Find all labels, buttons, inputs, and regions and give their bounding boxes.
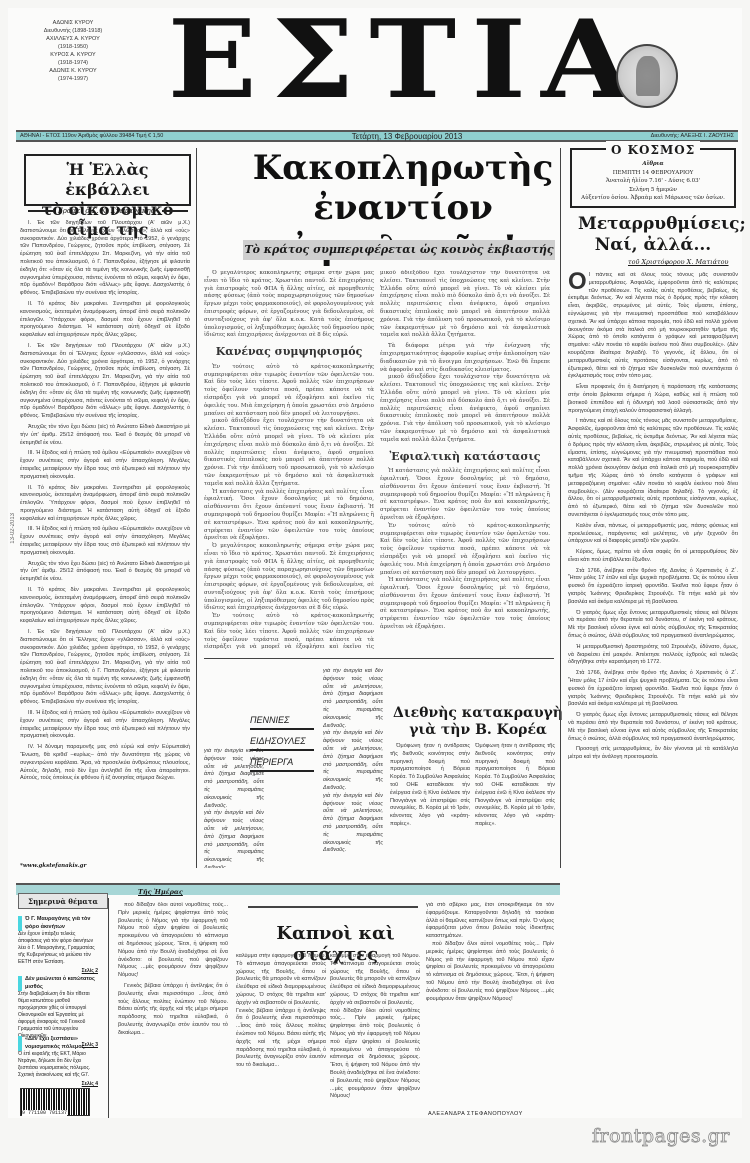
brief-page-ref[interactable]: Σελὶς 2 bbox=[18, 968, 98, 975]
date-stamp: 13-02-2013 bbox=[10, 513, 16, 544]
paragraph: Ι πάντες καὶ σὲ ὅλους τοὺς τόνους μᾶς συ… bbox=[568, 418, 738, 519]
moon-phase: Σελήνη 5 ἡμερῶν bbox=[572, 186, 734, 195]
founder-years: (1974-1997) bbox=[38, 76, 108, 84]
korea-headline[interactable]: Διεθνὴς κατακραυγὴ γιὰ τὴν Β. Κορέα bbox=[388, 705, 568, 739]
paragraph: Ὁ μεγαλύτερος κακοπληρωτὴς σήμερα στὴν χ… bbox=[204, 270, 374, 340]
main-subheadline: Τὸ κράτος συμπεριφέρεται ὡς κοινὸς ἐκβια… bbox=[243, 240, 555, 260]
headline-line: Κακοπληρωτὴς bbox=[238, 148, 568, 188]
kapnoi-col3: καλύμμα στὴν ἐφαρμογὴ τοῦ Νόμου. Τὸ κάπν… bbox=[330, 953, 420, 1118]
paragraph: ΟΙ πάντες καὶ σὲ ὅλους τοὺς τόνους μᾶς σ… bbox=[568, 272, 738, 381]
paragraph: Γενικὸς βέβαια ὑπάρχει ἡ ἀντίληψις ὅτι ὁ… bbox=[118, 983, 228, 1038]
paragraph: Ἀτυχῶς τὸν τόνο ἔχει δώσει (sic) τὸ Ἀνώτ… bbox=[20, 561, 190, 584]
brief-text: Στὴν διαβεβαίωση ὅτι δὲν τίθεται θέμα κα… bbox=[18, 991, 98, 1040]
paragraph: Τὰ διάφορα μέτρα γιὰ τὴν ἐνίσχυση τῆς ἐπ… bbox=[380, 343, 550, 374]
newspaper-page: ΑΔΩΝΙΣ ΚΥΡΟΥ Διευθυντής (1898-1918) ΑΧΙΛ… bbox=[8, 8, 742, 1118]
paragraph: Ἀτυχῶς τὸν τόνο ἔχει δώσει (sic) τὸ Ἀνώτ… bbox=[20, 424, 190, 447]
paragraph: II. Τὸ κράτος δὲν μακραίνει. Συντηρεῖται… bbox=[20, 485, 190, 524]
brief-title: Δὲν μειώνεται ὁ κατώτατος μισθός bbox=[18, 976, 98, 991]
right-article-byline: τοῦ Χριστόφορου Χ. Ματιάτου bbox=[628, 258, 729, 266]
todays-topics-label: Σημερινὰ θέματα bbox=[18, 893, 108, 909]
paragraph: μικοῦ ἀδιεξόδου ἔχει τουλάχιστον τὴν δυν… bbox=[204, 418, 374, 488]
right-article-headline[interactable]: Μεταρρυθμίσεις; Ναί, ἀλλά... bbox=[578, 214, 728, 256]
paragraph: γιὰ τὴν ἀνεργία καὶ δὲν ἀφήνουν τοὺς νέο… bbox=[204, 810, 264, 868]
column-divider bbox=[196, 148, 197, 868]
of-the-day-label: Τῆς Ἡμέρας bbox=[138, 888, 228, 898]
paragraph: Ἡ κατάστασις γιὰ πολλὲς ἐπιχειρήσεις καὶ… bbox=[380, 577, 550, 632]
left-article-byline: Γράφει ὁ Γ. Κ. Στεφανάκης* bbox=[22, 207, 194, 215]
paragraph: Εἶναι προφανὲς ὅτι ἡ διατήρηση ἡ παράστα… bbox=[568, 384, 738, 415]
paragraph: γιὰ τὴν ἀνεργία καὶ δὲν ἀφήνουν τοὺς νέο… bbox=[323, 793, 383, 855]
brief-item[interactable]: Ὁ Γ. Μαυραγάνης γιὰ τὸν φόρο ἀκινήτων Δὲ… bbox=[18, 916, 98, 975]
paragraph: Ὁ γιατρὸς ὅμως εἶχε ἔντονες μεταρρυθμιστ… bbox=[568, 712, 738, 743]
founders-list: ΑΔΩΝΙΣ ΚΥΡΟΥ Διευθυντής (1898-1918) ΑΧΙΛ… bbox=[38, 20, 108, 84]
weather: Αἴθρια bbox=[572, 160, 734, 169]
section-heading: Ἐφιαλτικὴ κατάστασις bbox=[380, 449, 550, 465]
paragraph: III. Ἡ ἔξοδος καὶ ἡ πτώση τοῦ ὁμίλου «Εὐ… bbox=[20, 526, 190, 557]
paragraph: II. Τὸ κράτος δὲν μακραίνει. Συντηρεῖται… bbox=[20, 301, 190, 340]
headline-line: Διεθνὴς κατακραυγὴ bbox=[388, 705, 568, 722]
author-signature: ΑΛΕΞΑΝΔΡΑ ΣΤΕΦΑΝΟΠΟΥΛΟΥ bbox=[428, 1111, 523, 1117]
founder-years: (1918-1950) bbox=[38, 44, 108, 52]
newspaper-logo: ΕΣΤΙΑ bbox=[168, 10, 578, 110]
pennies-col2: γιὰ τὴν ἀνεργία καὶ δὲν ἀφήνουν τοὺς νέο… bbox=[323, 668, 383, 868]
paragraph: III. Ἡ ἔξοδος καὶ ἡ πτώση τοῦ ὁμίλου «Εὐ… bbox=[20, 710, 190, 741]
headline-rule bbox=[248, 906, 418, 908]
paragraph: γιὰ τὴν ἀνεργία καὶ δὲν ἀφήνουν τοὺς νέο… bbox=[204, 748, 264, 810]
section-heading: Κανένας συμψηφισμός bbox=[204, 344, 374, 360]
paragraph: γιὰ στὸ σβέρκο μας, ἔτσι ὑποκριθήκαμε ὅτ… bbox=[426, 902, 554, 941]
paragraph: I. Ἐκ τῶν διηγήσεων τοῦ Πλουτάρχου (Α' α… bbox=[20, 220, 190, 298]
paragraph-text: Ι πάντες καὶ σὲ ὅλους τοὺς τόνους μᾶς συ… bbox=[568, 272, 738, 379]
paragraph: γιὰ τὴν ἀνεργία καὶ δὲν ἀφήνουν τοὺς νέο… bbox=[323, 668, 383, 730]
paragraph: Στὰ 1766, ἀνέβηκε στὸν θρόνο τῆς Δανίας … bbox=[568, 670, 738, 709]
paragraph: Προσοχή στὶς μεταρρυθμίσεις, ἂν δὲν γίνο… bbox=[568, 746, 738, 762]
right-article-body: ΟΙ πάντες καὶ σὲ ὅλους τοὺς τόνους μᾶς σ… bbox=[568, 272, 738, 1122]
paragraph: Ἡ μεταρρυθμιστικὴ δραστηριότης τοῦ Στρου… bbox=[568, 644, 738, 667]
paragraph: Καλὸν εἶναι, πάντως, οἱ μεταρρυθμιστές μ… bbox=[568, 523, 738, 546]
kosmos-box: Ο ΚΟΣΜΟΣ Αἴθρια ΠΕΜΠΤΗ 14 ΦΕΒΡΟΥΑΡΙΟΥ Ἀν… bbox=[570, 148, 736, 208]
kosmos-title: Ο ΚΟΣΜΟΣ bbox=[606, 141, 700, 160]
kosmos-date: ΠΕΜΠΤΗ 14 ΦΕΒΡΟΥΑΡΙΟΥ bbox=[572, 169, 734, 178]
founder-name: ΑΔΩΝΙΣ Κ. ΚΥΡΟΥ bbox=[38, 68, 108, 76]
author-website[interactable]: *www.gkstefanakis.gr bbox=[20, 863, 86, 869]
paragraph: IV. Ἡ δύναμη παραμονῆς μας στὸ εὐρώ καὶ … bbox=[20, 744, 190, 783]
brief-title: Ὁ Γ. Μαυραγάνης γιὰ τὸν φόρο ἀκινήτων bbox=[18, 916, 98, 931]
korea-col1: Ὁμόφωνη ἦταν ἡ ἀντίδρασις τῆς διεθνοῦς κ… bbox=[390, 743, 470, 868]
founder-name: ΑΧΙΛΛΕΥΣ Α. ΚΥΡΟΥ bbox=[38, 36, 108, 44]
issue-date: Τετάρτη, 13 Φεβρουαρίου 2013 bbox=[352, 132, 463, 141]
saints-day: Αὐξεντίου ὁσίου. Ἀβραὰμ καὶ Μάρωνος τῶν … bbox=[572, 194, 734, 203]
paragraph: II. Τὸ κράτος δὲν μακραίνει. Συντηρεῖται… bbox=[20, 587, 190, 626]
headline-line: Ἡ Ἑλλὰς ἐκβάλλει bbox=[26, 160, 189, 200]
paragraph: Στὰ 1766, ἀνέβηκε στὸν θρόνο τῆς Δανίας … bbox=[568, 568, 738, 607]
column-divider bbox=[560, 148, 561, 868]
paragraph: Ὁμόφωνη ἦταν ἡ ἀντίδρασις τῆς διεθνοῦς κ… bbox=[390, 743, 470, 829]
main-article-col1: Ὁ μεγαλύτερος κακοπληρωτὴς σήμερα στὴν χ… bbox=[204, 270, 374, 650]
headline-line: Μεταρρυθμίσεις; bbox=[578, 214, 728, 235]
editor-info: Διευθυντής: ΑΛΕΞΗΣ Ι. ΖΑΟΥΣΗΣ bbox=[651, 133, 734, 139]
paragraph: καλύμμα στὴν ἐφαρμογὴ τοῦ Νόμου. Τὸ κάπν… bbox=[330, 953, 420, 1008]
watermark: frontpages.gr bbox=[592, 1125, 730, 1147]
brief-item[interactable]: «Δὲν ἔχει ξεσπάσει» νομισματικὸς πόλεμος… bbox=[18, 1036, 98, 1088]
founder-years: (1918-1974) bbox=[38, 60, 108, 68]
dropcap: Ο bbox=[568, 272, 587, 292]
founder-name: ΑΔΩΝΙΣ ΚΥΡΟΥ bbox=[38, 20, 108, 28]
main-article-col2: μικοῦ ἀδιεξόδου ἔχει τουλάχιστον τὴν δυν… bbox=[380, 270, 550, 650]
kapnoi-col1: ποὺ δίδαξαν ὅλοι αὐτοὶ νομοθέτες τοὺς...… bbox=[118, 902, 228, 1118]
paragraph: ποὺ δίδαξαν ὅλοι αὐτοὶ νομοθέτες τοὺς...… bbox=[330, 1008, 420, 1102]
paragraph: Ἐν τούτοις αὐτὸ τὸ κράτος-κακοπληρωτὴς σ… bbox=[204, 364, 374, 419]
pennies-line: ΠΕΝΝΙΕΣ bbox=[250, 713, 314, 730]
estia-seal-icon bbox=[616, 44, 678, 108]
paragraph: μικοῦ ἀδιεξόδου ἔχει τουλάχιστον τὴν δυν… bbox=[380, 374, 550, 444]
paragraph: Ἐν τούτοις αὐτὸ τὸ κράτος-κακοπληρωτὴς σ… bbox=[380, 523, 550, 578]
barcode-number: 9 771100 701137 bbox=[22, 1110, 67, 1116]
left-article-body: I. Ἐκ τῶν διηγήσεων τοῦ Πλουτάρχου (Α' α… bbox=[20, 220, 190, 860]
brief-text: Δὲν ἔχουν ὑπάρξει τελικὲς ἀποφάσεις γιὰ … bbox=[18, 931, 98, 966]
founder-years: Διευθυντής (1898-1918) bbox=[38, 28, 108, 36]
pennies-col1: γιὰ τὴν ἀνεργία καὶ δὲν ἀφήνουν τοὺς νέο… bbox=[204, 748, 264, 868]
paragraph: Ὁ μεγαλύτερος κακοπληρωτὴς σήμερα στὴν χ… bbox=[204, 543, 374, 613]
headline-line: γιὰ τὴν Β. Κορέα bbox=[388, 722, 568, 739]
byline-text: Γράφει ὁ Γ. Κ. Στεφανάκης* bbox=[58, 207, 158, 215]
paragraph: ποὺ δίδαξαν ὅλοι αὐτοὶ νομοθέτες τοὺς...… bbox=[426, 941, 554, 1003]
paragraph: I. Ἐκ τῶν διηγήσεων τοῦ Πλουτάρχου (Α' α… bbox=[20, 343, 190, 421]
paragraph: Ἡ κατάστασις γιὰ πολλὲς ἐπιχειρήσεις καὶ… bbox=[204, 489, 374, 544]
section-divider bbox=[204, 658, 554, 659]
paragraph: Ἐν τούτοις αὐτὸ τὸ κράτος-κακοπληρωτὴς σ… bbox=[204, 613, 374, 650]
sun-times: Ἀνατολὴ ἡλίου 7.16' - Δύσις 6.03' bbox=[572, 177, 734, 186]
kapnoi-col2: καλύμμα στὴν ἐφαρμογὴ τοῦ Νόμου. Τὸ κάπν… bbox=[236, 953, 326, 1118]
masthead: ΑΔΩΝΙΣ ΚΥΡΟΥ Διευθυντής (1898-1918) ΑΧΙΛ… bbox=[8, 8, 742, 108]
paragraph: γιὰ τὴν ἀνεργία καὶ δὲν ἀφήνουν τοὺς νέο… bbox=[323, 730, 383, 792]
paragraph: ποὺ δίδαξαν ὅλοι αὐτοὶ νομοθέτες τοὺς...… bbox=[118, 902, 228, 980]
paragraph: καλύμμα στὴν ἐφαρμογὴ τοῦ Νόμου. Τὸ κάπν… bbox=[236, 953, 326, 1008]
paragraph: III. Ἡ ἔξοδος καὶ ἡ πτώση τοῦ ὁμίλου «Εὐ… bbox=[20, 450, 190, 481]
paragraph: Ἡ κατάστασις γιὰ πολλὲς ἐπιχειρήσεις καὶ… bbox=[380, 468, 550, 523]
left-article-headline[interactable]: Ἡ Ἑλλὰς ἐκβάλλει τὸ οἰκονομικὸ αἷμα της bbox=[24, 154, 191, 206]
founder-name: ΚΥΡΟΣ Α. ΚΥΡΟΥ bbox=[38, 52, 108, 60]
paragraph: I. Ἐκ τῶν διηγήσεων τοῦ Πλουτάρχου (Α' α… bbox=[20, 629, 190, 707]
issue-info: ΑΘΗΝΑΙ - ΕΤΟΣ 119ον Ἀριθμὸς φύλλου 39484… bbox=[20, 133, 163, 139]
paragraph: Κύριος, ὅμως, πρέπει νὰ εἶναι σαφὲς ὅτι … bbox=[568, 549, 738, 565]
column-divider bbox=[108, 898, 109, 1118]
paragraph: Ὁμόφωνη ἦταν ἡ ἀντίδρασις τῆς διεθνοῦς κ… bbox=[475, 743, 555, 829]
brief-text: Ὁ ἐπὶ κεφαλῆς τῆς ΕΚΤ, Μάριο Ντράγκι, δή… bbox=[18, 1051, 98, 1079]
brief-title: «Δὲν ἔχει ξεσπάσει» νομισματικὸς πόλεμος bbox=[18, 1036, 98, 1051]
paragraph: Ὁ γιατρὸς ὅμως εἶχε ἔντονες μεταρρυθμιστ… bbox=[568, 610, 738, 641]
kapnoi-col4: γιὰ στὸ σβέρκο μας, ἔτσι ὑποκριθήκαμε ὅτ… bbox=[426, 902, 554, 1102]
paragraph: μικοῦ ἀδιεξόδου ἔχει τουλάχιστον τὴν δυν… bbox=[380, 270, 550, 340]
korea-col2: Ὁμόφωνη ἦταν ἡ ἀντίδρασις τῆς διεθνοῦς κ… bbox=[475, 743, 555, 868]
headline-line: Ναί, ἀλλά... bbox=[578, 235, 728, 256]
paragraph: Γενικὸς βέβαια ὑπάρχει ἡ ἀντίληψις ὅτι ὁ… bbox=[236, 1008, 326, 1070]
